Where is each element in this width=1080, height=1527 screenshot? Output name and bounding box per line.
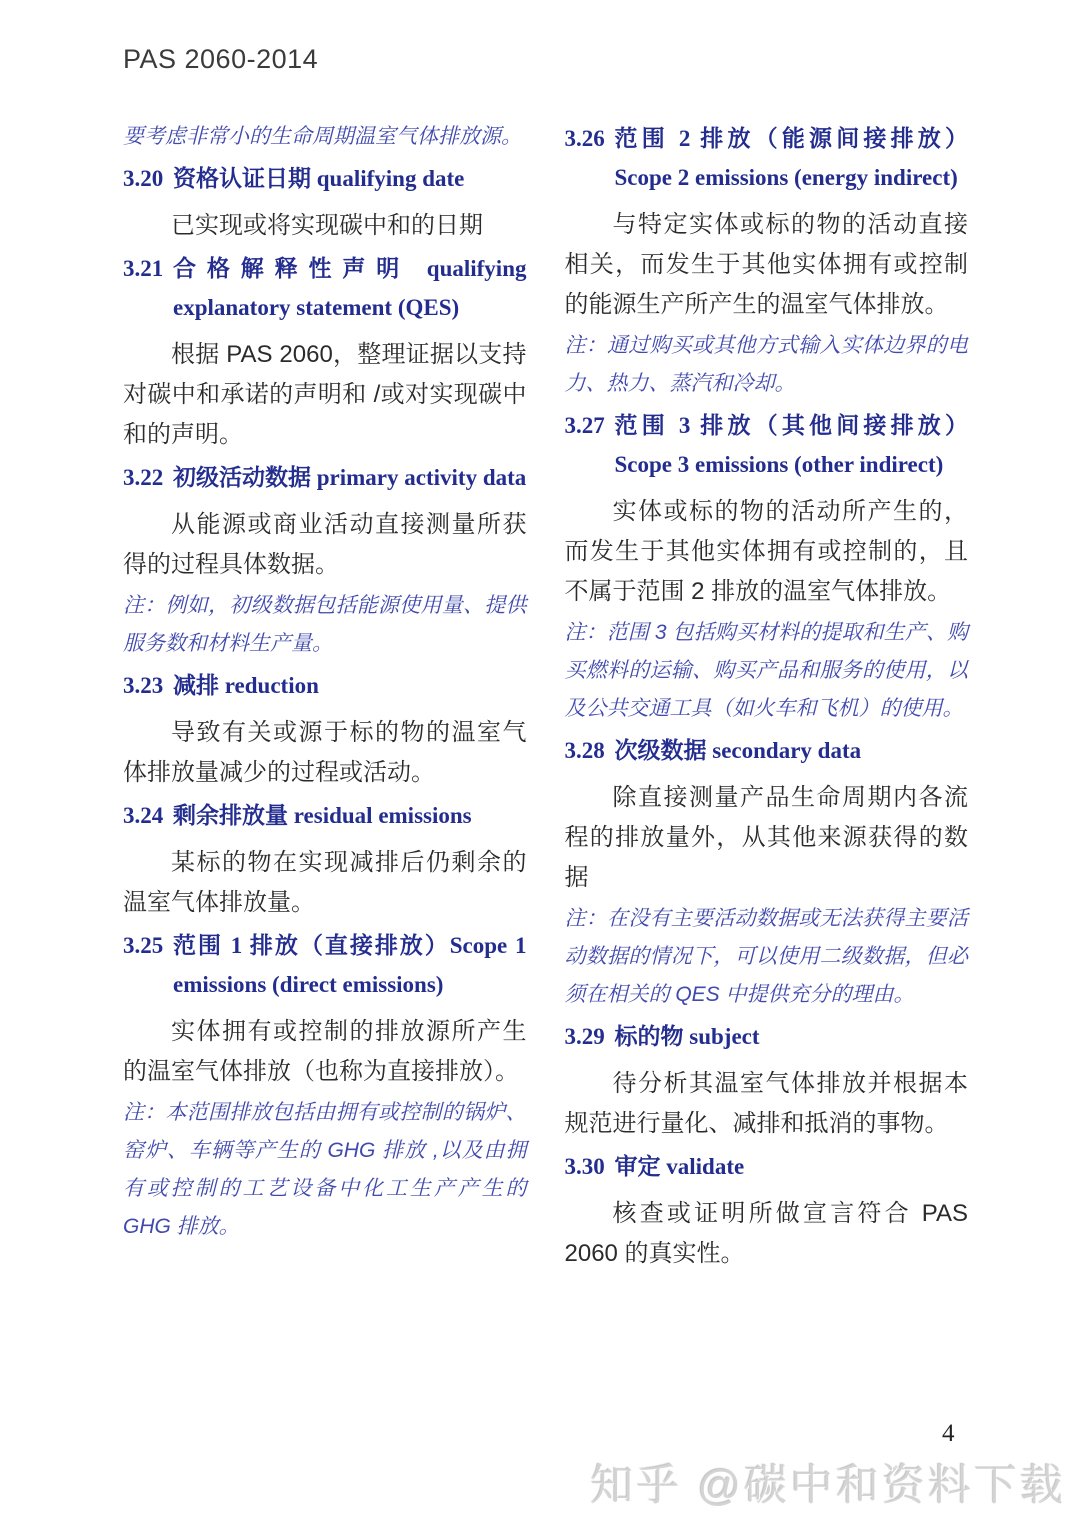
clause-number: 3.22 [123, 458, 173, 497]
clause-title: 范围 3 排放（其他间接排放） Scope 3 emissions (other… [615, 406, 969, 484]
note-paragraph: 注：例如，初级数据包括能源使用量、提供服务数和材料生产量。 [123, 587, 527, 663]
clause-heading-3.30: 3.30审定 validate [565, 1147, 969, 1186]
body-paragraph: 导致有关或源于标的物的温室气体排放量减少的过程或活动。 [123, 713, 527, 793]
clause-heading-3.22: 3.22初级活动数据 primary activity data [123, 458, 527, 497]
body-paragraph: 核查或证明所做宣言符合 PAS 2060 的真实性。 [565, 1194, 969, 1274]
clause-title: 标的物 subject [615, 1017, 969, 1056]
page-number: 4 [942, 1420, 955, 1448]
body-paragraph: 已实现或将实现碳中和的日期 [123, 206, 527, 246]
clause-title: 次级数据 secondary data [615, 731, 969, 770]
body-paragraph: 待分析其温室气体排放并根据本规范进行量化、减排和抵消的事物。 [565, 1064, 969, 1144]
clause-title: 减排 reduction [173, 666, 527, 705]
clause-title: 范围 2 排放（能源间接排放） Scope 2 emissions (energ… [615, 119, 969, 197]
left-column: 要考虑非常小的生命周期温室气体排放源。3.20资格认证日期 qualifying… [123, 116, 527, 1246]
clause-heading-3.26: 3.26范围 2 排放（能源间接排放） Scope 2 emissions (e… [565, 119, 969, 197]
body-paragraph: 与特定实体或标的物的活动直接相关，而发生于其他实体拥有或控制的能源生产所产生的温… [565, 205, 969, 325]
clause-title: 资格认证日期 qualifying date [173, 159, 527, 198]
clause-heading-3.29: 3.29标的物 subject [565, 1017, 969, 1056]
clause-title: 初级活动数据 primary activity data [173, 458, 527, 497]
clause-number: 3.23 [123, 666, 173, 705]
page-body: 要考虑非常小的生命周期温室气体排放源。3.20资格认证日期 qualifying… [123, 116, 968, 1274]
watermark-text: 知乎 @碳中和资料下载 [590, 1452, 1066, 1513]
body-paragraph: 实体或标的物的活动所产生的，而发生于其他实体拥有或控制的，且不属于范围 2 排放… [565, 492, 969, 612]
clause-number: 3.26 [565, 119, 615, 197]
document-title: PAS 2060-2014 [123, 44, 318, 75]
clause-heading-3.23: 3.23减排 reduction [123, 666, 527, 705]
body-paragraph: 根据 PAS 2060，整理证据以支持对碳中和承诺的声明和 /或对实现碳中和的声… [123, 335, 527, 455]
clause-title: 范围 1 排放（直接排放）Scope 1 emissions (direct e… [173, 926, 527, 1004]
note-paragraph: 注：在没有主要活动数据或无法获得主要活动数据的情况下，可以使用二级数据，但必须在… [565, 900, 969, 1014]
body-paragraph: 从能源或商业活动直接测量所获得的过程具体数据。 [123, 505, 527, 585]
clause-number: 3.24 [123, 796, 173, 835]
clause-number: 3.30 [565, 1147, 615, 1186]
clause-number: 3.25 [123, 926, 173, 1004]
clause-heading-3.25: 3.25范围 1 排放（直接排放）Scope 1 emissions (dire… [123, 926, 527, 1004]
body-paragraph: 某标的物在实现减排后仍剩余的温室气体排放量。 [123, 843, 527, 923]
clause-heading-3.27: 3.27范围 3 排放（其他间接排放） Scope 3 emissions (o… [565, 406, 969, 484]
clause-heading-3.28: 3.28次级数据 secondary data [565, 731, 969, 770]
clause-number: 3.28 [565, 731, 615, 770]
right-column: 3.26范围 2 排放（能源间接排放） Scope 2 emissions (e… [565, 116, 969, 1274]
clause-title: 合格解释性声明 qualifying explanatory statement… [173, 249, 527, 327]
clause-title: 审定 validate [615, 1147, 969, 1186]
clause-number: 3.20 [123, 159, 173, 198]
clause-heading-3.20: 3.20资格认证日期 qualifying date [123, 159, 527, 198]
clause-number: 3.21 [123, 249, 173, 327]
clause-number: 3.29 [565, 1017, 615, 1056]
body-paragraph: 除直接测量产品生命周期内各流程的排放量外，从其他来源获得的数据 [565, 778, 969, 898]
body-paragraph: 实体拥有或控制的排放源所产生的温室气体排放（也称为直接排放）。 [123, 1012, 527, 1092]
note-paragraph: 注：通过购买或其他方式输入实体边界的电力、热力、蒸汽和冷却。 [565, 327, 969, 403]
note-paragraph: 要考虑非常小的生命周期温室气体排放源。 [123, 118, 527, 156]
clause-number: 3.27 [565, 406, 615, 484]
note-paragraph: 注：范围 3 包括购买材料的提取和生产、购买燃料的运输、购买产品和服务的使用，以… [565, 614, 969, 728]
clause-heading-3.21: 3.21合格解释性声明 qualifying explanatory state… [123, 249, 527, 327]
clause-heading-3.24: 3.24剩余排放量 residual emissions [123, 796, 527, 835]
note-paragraph: 注：本范围排放包括由拥有或控制的锅炉、窑炉、车辆等产生的 GHG 排放 ,以及由… [123, 1094, 527, 1246]
clause-title: 剩余排放量 residual emissions [173, 796, 527, 835]
